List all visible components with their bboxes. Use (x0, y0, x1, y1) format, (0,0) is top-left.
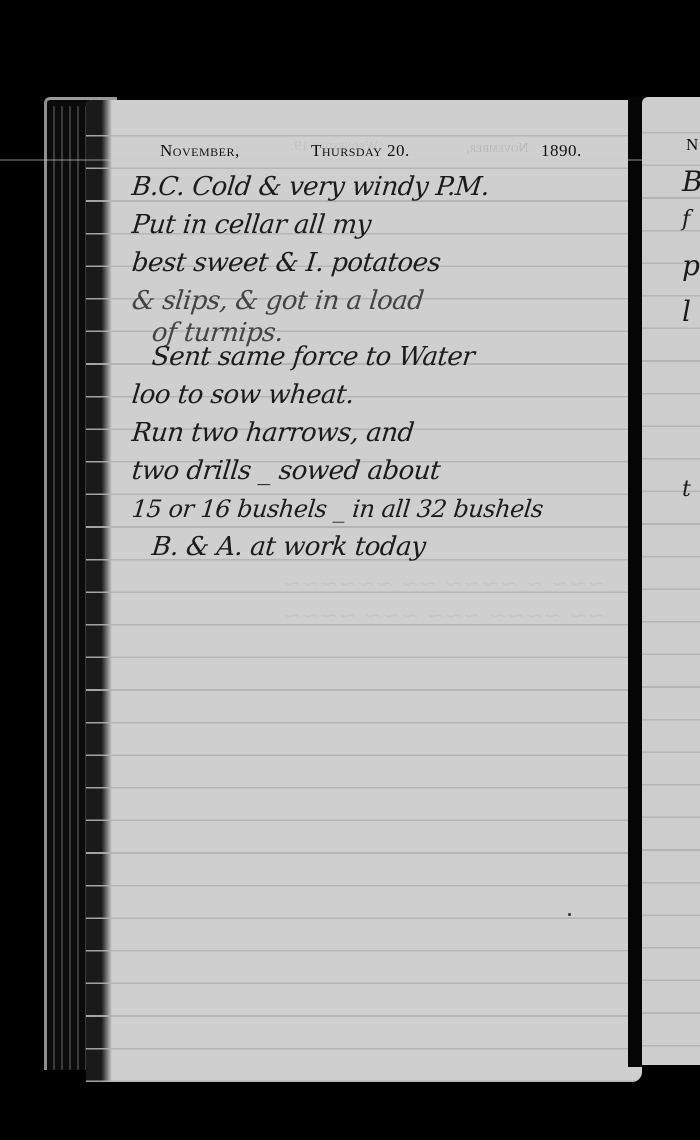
bleedthrough-handwriting: ~~~ ~ ~~~~ ~~ ~~~~~~ ~~ ~~~~ ~~~ ~~~ ~~~… (106, 572, 606, 636)
right-page-fragment: p (682, 249, 700, 282)
entry-line: best sweet & I. potatoes (130, 244, 634, 282)
header-month: November, (160, 141, 240, 161)
header-day: Thursday 20. (311, 141, 410, 161)
page-header: November, Thursday 20. 1890. (86, 141, 642, 165)
diary-page-right: N B f p l t (642, 97, 700, 1065)
right-page-fragment: f (682, 207, 690, 232)
ruled-lines (642, 97, 700, 1065)
entry-line: Put in cellar all my (130, 206, 634, 244)
entry-line: 15 or 16 bushels _ in all 32 bushels (130, 490, 634, 528)
right-page-fragment: B (682, 165, 700, 198)
right-page-fragment: l (682, 295, 691, 328)
header-year: 1890. (541, 141, 582, 161)
diary-page-left: Wednesday 19. November, November, Thursd… (86, 100, 642, 1082)
paper-speck (568, 913, 571, 916)
entry-line: loo to sow wheat. (130, 376, 634, 414)
handwritten-entry: B.C. Cold & very windy P.M. Put in cella… (130, 168, 630, 566)
entry-line: B. & A. at work today (130, 528, 634, 566)
entry-line: Sent same force to Water (130, 338, 634, 376)
scanner-streak (0, 159, 700, 161)
entry-line: two drills _ sowed about (130, 452, 634, 490)
entry-line: B.C. Cold & very windy P.M. (130, 168, 634, 206)
right-page-fragment: t (682, 477, 691, 502)
book-gutter (628, 97, 642, 1067)
entry-line: Run two harrows, and (130, 414, 634, 452)
right-page-header: N (686, 135, 698, 155)
